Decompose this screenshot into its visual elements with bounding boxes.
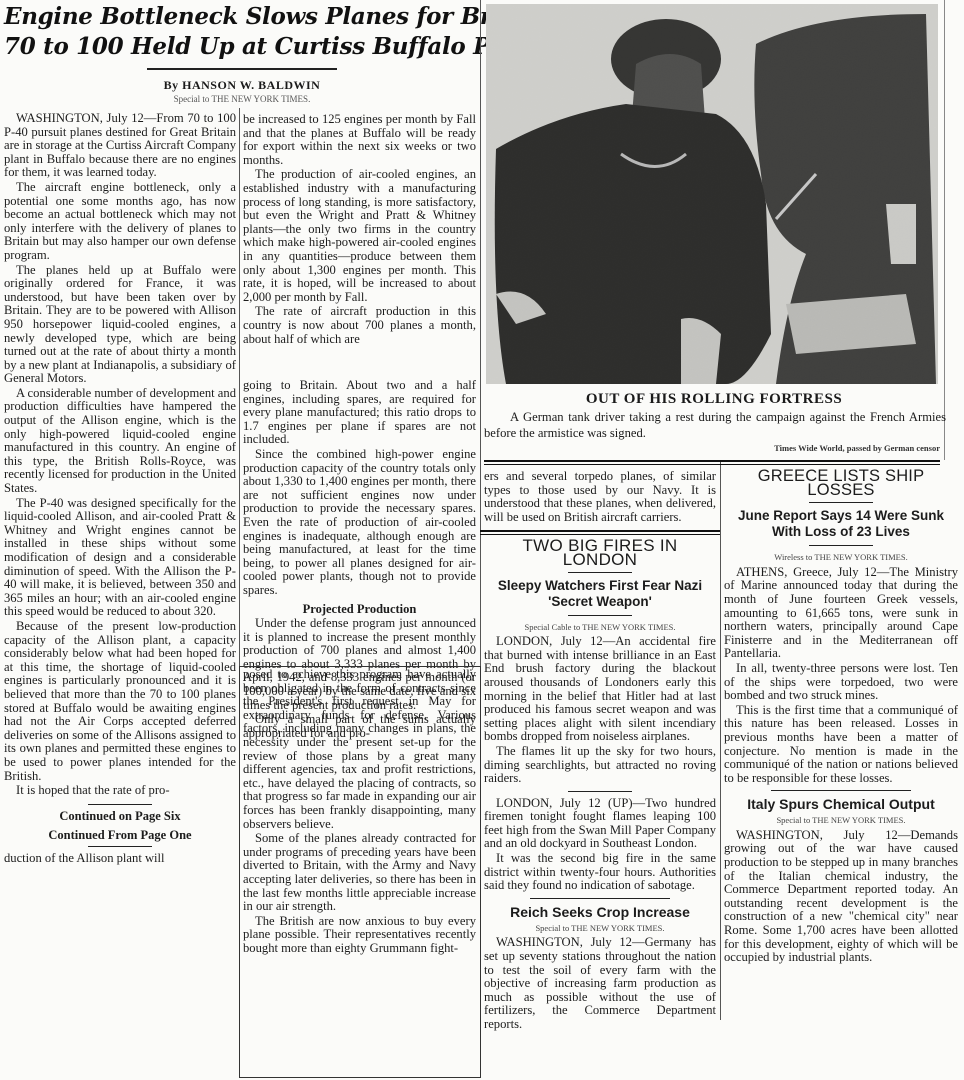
continued-on-link[interactable]: Continued on Page Six: [4, 810, 236, 824]
paragraph: LONDON, July 12 (UP)—Two hundred firemen…: [484, 797, 716, 851]
paragraph: The rate of aircraft production in this …: [243, 305, 476, 346]
paragraph: The P-40 was designed specifically for t…: [4, 497, 236, 619]
fires-subhead: Sleepy Watchers First Fear Nazi 'Secret …: [484, 578, 716, 610]
section-subhead: Projected Production: [243, 603, 476, 617]
section-rule: [484, 460, 940, 462]
paragraph: It was the second big fire in the same d…: [484, 852, 716, 893]
main-article-col2-bottom: posed to achieve this program have actua…: [243, 668, 476, 956]
paragraph: LONDON, July 12—An accidental fire that …: [484, 635, 716, 744]
article-divider: [480, 530, 720, 532]
paragraph: This is the first time that a communiqué…: [724, 704, 958, 786]
jump-rule: [88, 804, 152, 805]
paragraph: The British are now anxious to buy every…: [243, 915, 476, 956]
col3: ers and several torpedo planes, of simil…: [484, 470, 716, 1033]
article-rule: [771, 790, 911, 791]
section-rule: [484, 464, 940, 465]
fires-headline: TWO BIG FIRES IN LONDON: [484, 539, 716, 566]
paragraph: be increased to 125 engines per month by…: [243, 113, 476, 167]
continued-from-link[interactable]: Continued From Page One: [4, 829, 236, 843]
main-article-col1: WASHINGTON, July 12—From 70 to 100 P-40 …: [4, 112, 236, 866]
paragraph: The production of air-cooled engines, an…: [243, 168, 476, 304]
paragraph: ATHENS, Greece, July 12—The Ministry of …: [724, 566, 958, 661]
greece-source: Wireless to THE NEW YORK TIMES.: [724, 551, 958, 565]
paragraph: going to Britain. About two and a half e…: [243, 379, 476, 447]
paragraph: A considerable number of development and…: [4, 387, 236, 496]
reich-source: Special to THE NEW YORK TIMES.: [484, 922, 716, 936]
paragraph: WASHINGTON, July 12—Germany has set up s…: [484, 936, 716, 1031]
paragraph: The aircraft engine bottleneck, only a p…: [4, 181, 236, 263]
photo-credit: Times Wide World, passed by German censo…: [700, 443, 940, 453]
jump-paragraph: ers and several torpedo planes, of simil…: [484, 470, 716, 524]
reich-headline: Reich Seeks Crop Increase: [484, 904, 716, 920]
headline-line-2: 70 to 100 Held Up at Curtiss Buffalo Pla…: [4, 32, 480, 62]
paragraph: Since the combined high-power engine pro…: [243, 448, 476, 598]
col4: GREECE LISTS SHIP LOSSES June Report Say…: [724, 466, 958, 966]
italy-headline: Italy Spurs Chemical Output: [724, 796, 958, 812]
paragraph: It is hoped that the rate of pro-: [4, 784, 236, 798]
jump-rule: [88, 846, 152, 847]
paragraph: The flames lit up the sky for two hours,…: [484, 745, 716, 786]
paragraph: WASHINGTON, July 12—Demands growing out …: [724, 829, 958, 965]
greece-subhead: June Report Says 14 Were Sunk With Loss …: [724, 508, 958, 540]
photo-caption: A German tank driver taking a rest durin…: [484, 409, 946, 441]
paragraph: Some of the planes already contracted fo…: [243, 832, 476, 914]
article-divider: [480, 534, 720, 535]
italy-source: Special to THE NEW YORK TIMES.: [724, 814, 958, 828]
paragraph: In all, twenty-three persons were lost. …: [724, 662, 958, 703]
main-headline-block: Engine Bottleneck Slows Planes for Brita…: [4, 2, 480, 104]
photo-caption-title: OUT OF HIS ROLLING FORTRESS: [484, 391, 944, 408]
paragraph: duction of the Allison plant will: [4, 852, 236, 866]
news-photo: [486, 4, 938, 384]
paragraph: The planes held up at Buffalo were origi…: [4, 264, 236, 386]
byline: By HANSON W. BALDWIN: [4, 78, 480, 93]
greece-headline: GREECE LISTS SHIP LOSSES: [724, 470, 958, 497]
item-rule: [568, 791, 632, 792]
dateline-source: Special to THE NEW YORK TIMES.: [4, 94, 480, 104]
photo-image: [486, 4, 938, 384]
paragraph: Because of the present low-production ca…: [4, 620, 236, 783]
main-article-col2-top: be increased to 125 engines per month by…: [243, 113, 476, 347]
column-divider: [720, 460, 721, 1020]
headline-rule: [147, 68, 337, 70]
fires-source: Special Cable to THE NEW YORK TIMES.: [484, 621, 716, 635]
head-rule: [568, 572, 632, 573]
headline-line-1: Engine Bottleneck Slows Planes for Brita…: [4, 2, 480, 32]
paragraph: posed to achieve this program have actua…: [243, 668, 476, 831]
head-rule: [809, 502, 873, 503]
paragraph: WASHINGTON, July 12—From 70 to 100 P-40 …: [4, 112, 236, 180]
article-rule: [530, 898, 670, 899]
page-edge: [944, 0, 945, 460]
head-rule: [568, 615, 632, 616]
head-rule: [809, 545, 873, 546]
